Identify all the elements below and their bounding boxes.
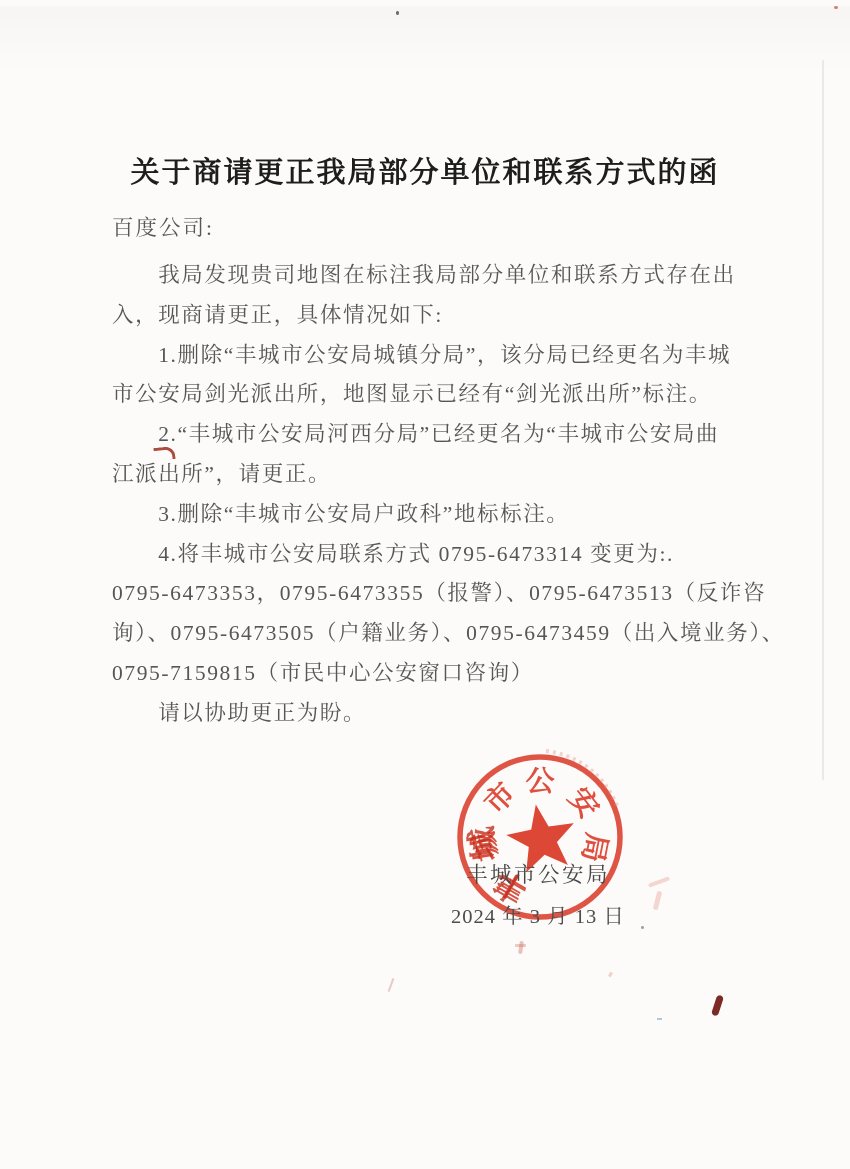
body-line: 入，现商请更正，具体情况如下: [112, 296, 772, 336]
scan-speck [396, 11, 399, 15]
body-line: 我局发现贵司地图在标注我局部分单位和联系方式存在出 [112, 256, 772, 296]
signature-date: 2024 年 3 月 13 日 [451, 899, 625, 929]
letter-salutation: 百度公司: [112, 211, 214, 242]
seal-char: 市 [478, 777, 522, 821]
signature-org: 丰城市公安局 [466, 858, 610, 889]
scan-shading [0, 6, 850, 72]
body-line: 江派出所”，请更正。 [112, 455, 772, 495]
body-line: 3.删除“丰城市公安局户政科”地标标注。 [112, 495, 772, 535]
scan-speck [608, 972, 613, 978]
faint-ink-smudge [653, 891, 662, 911]
scan-speck [641, 926, 644, 929]
scan-speck [657, 1018, 662, 1020]
body-line: 4.将丰城市公安局联系方式 0795-6473314 变更为:. [112, 535, 772, 575]
body-line: 2.“丰城市公安局河西分局”已经更名为“丰城市公安局曲 [112, 415, 772, 455]
letter-title: 关于商请更正我局部分单位和联系方式的函 [0, 150, 850, 191]
body-line: 询）、0795-6473505（户籍业务）、0795-6473459（出入境业务… [112, 614, 772, 654]
body-line: 1.删除“丰城市公安局城镇分局”，该分局已经更名为丰城 [112, 336, 772, 376]
body-line: 市公安局剑光派出所，地图显示已经有“剑光派出所”标注。 [112, 375, 772, 415]
letter-body: 我局发现贵司地图在标注我局部分单位和联系方式存在出 入，现商请更正，具体情况如下… [112, 256, 772, 734]
seal-char: 安 [562, 781, 606, 824]
seal-smear-char: 城 [462, 824, 503, 862]
body-line: 0795-6473353，0795-6473355（报警）、0795-64735… [112, 574, 772, 614]
scanned-letter-page: 关于商请更正我局部分单位和联系方式的函 百度公司: 我局发现贵司地图在标注我局部… [0, 0, 850, 1169]
seal-char: 公 [525, 766, 554, 798]
faint-ink-smudge [648, 876, 670, 887]
red-pen-slash-mark [711, 994, 724, 1016]
scan-speck [834, 6, 838, 9]
body-line: 请以协助更正为盼。 [112, 694, 772, 734]
faint-ink-mark [518, 941, 524, 954]
faint-ink-mark [515, 944, 526, 947]
scan-speck [388, 978, 395, 992]
body-line: 0795-7159815（市民中心公安窗口咨询） [112, 654, 772, 694]
